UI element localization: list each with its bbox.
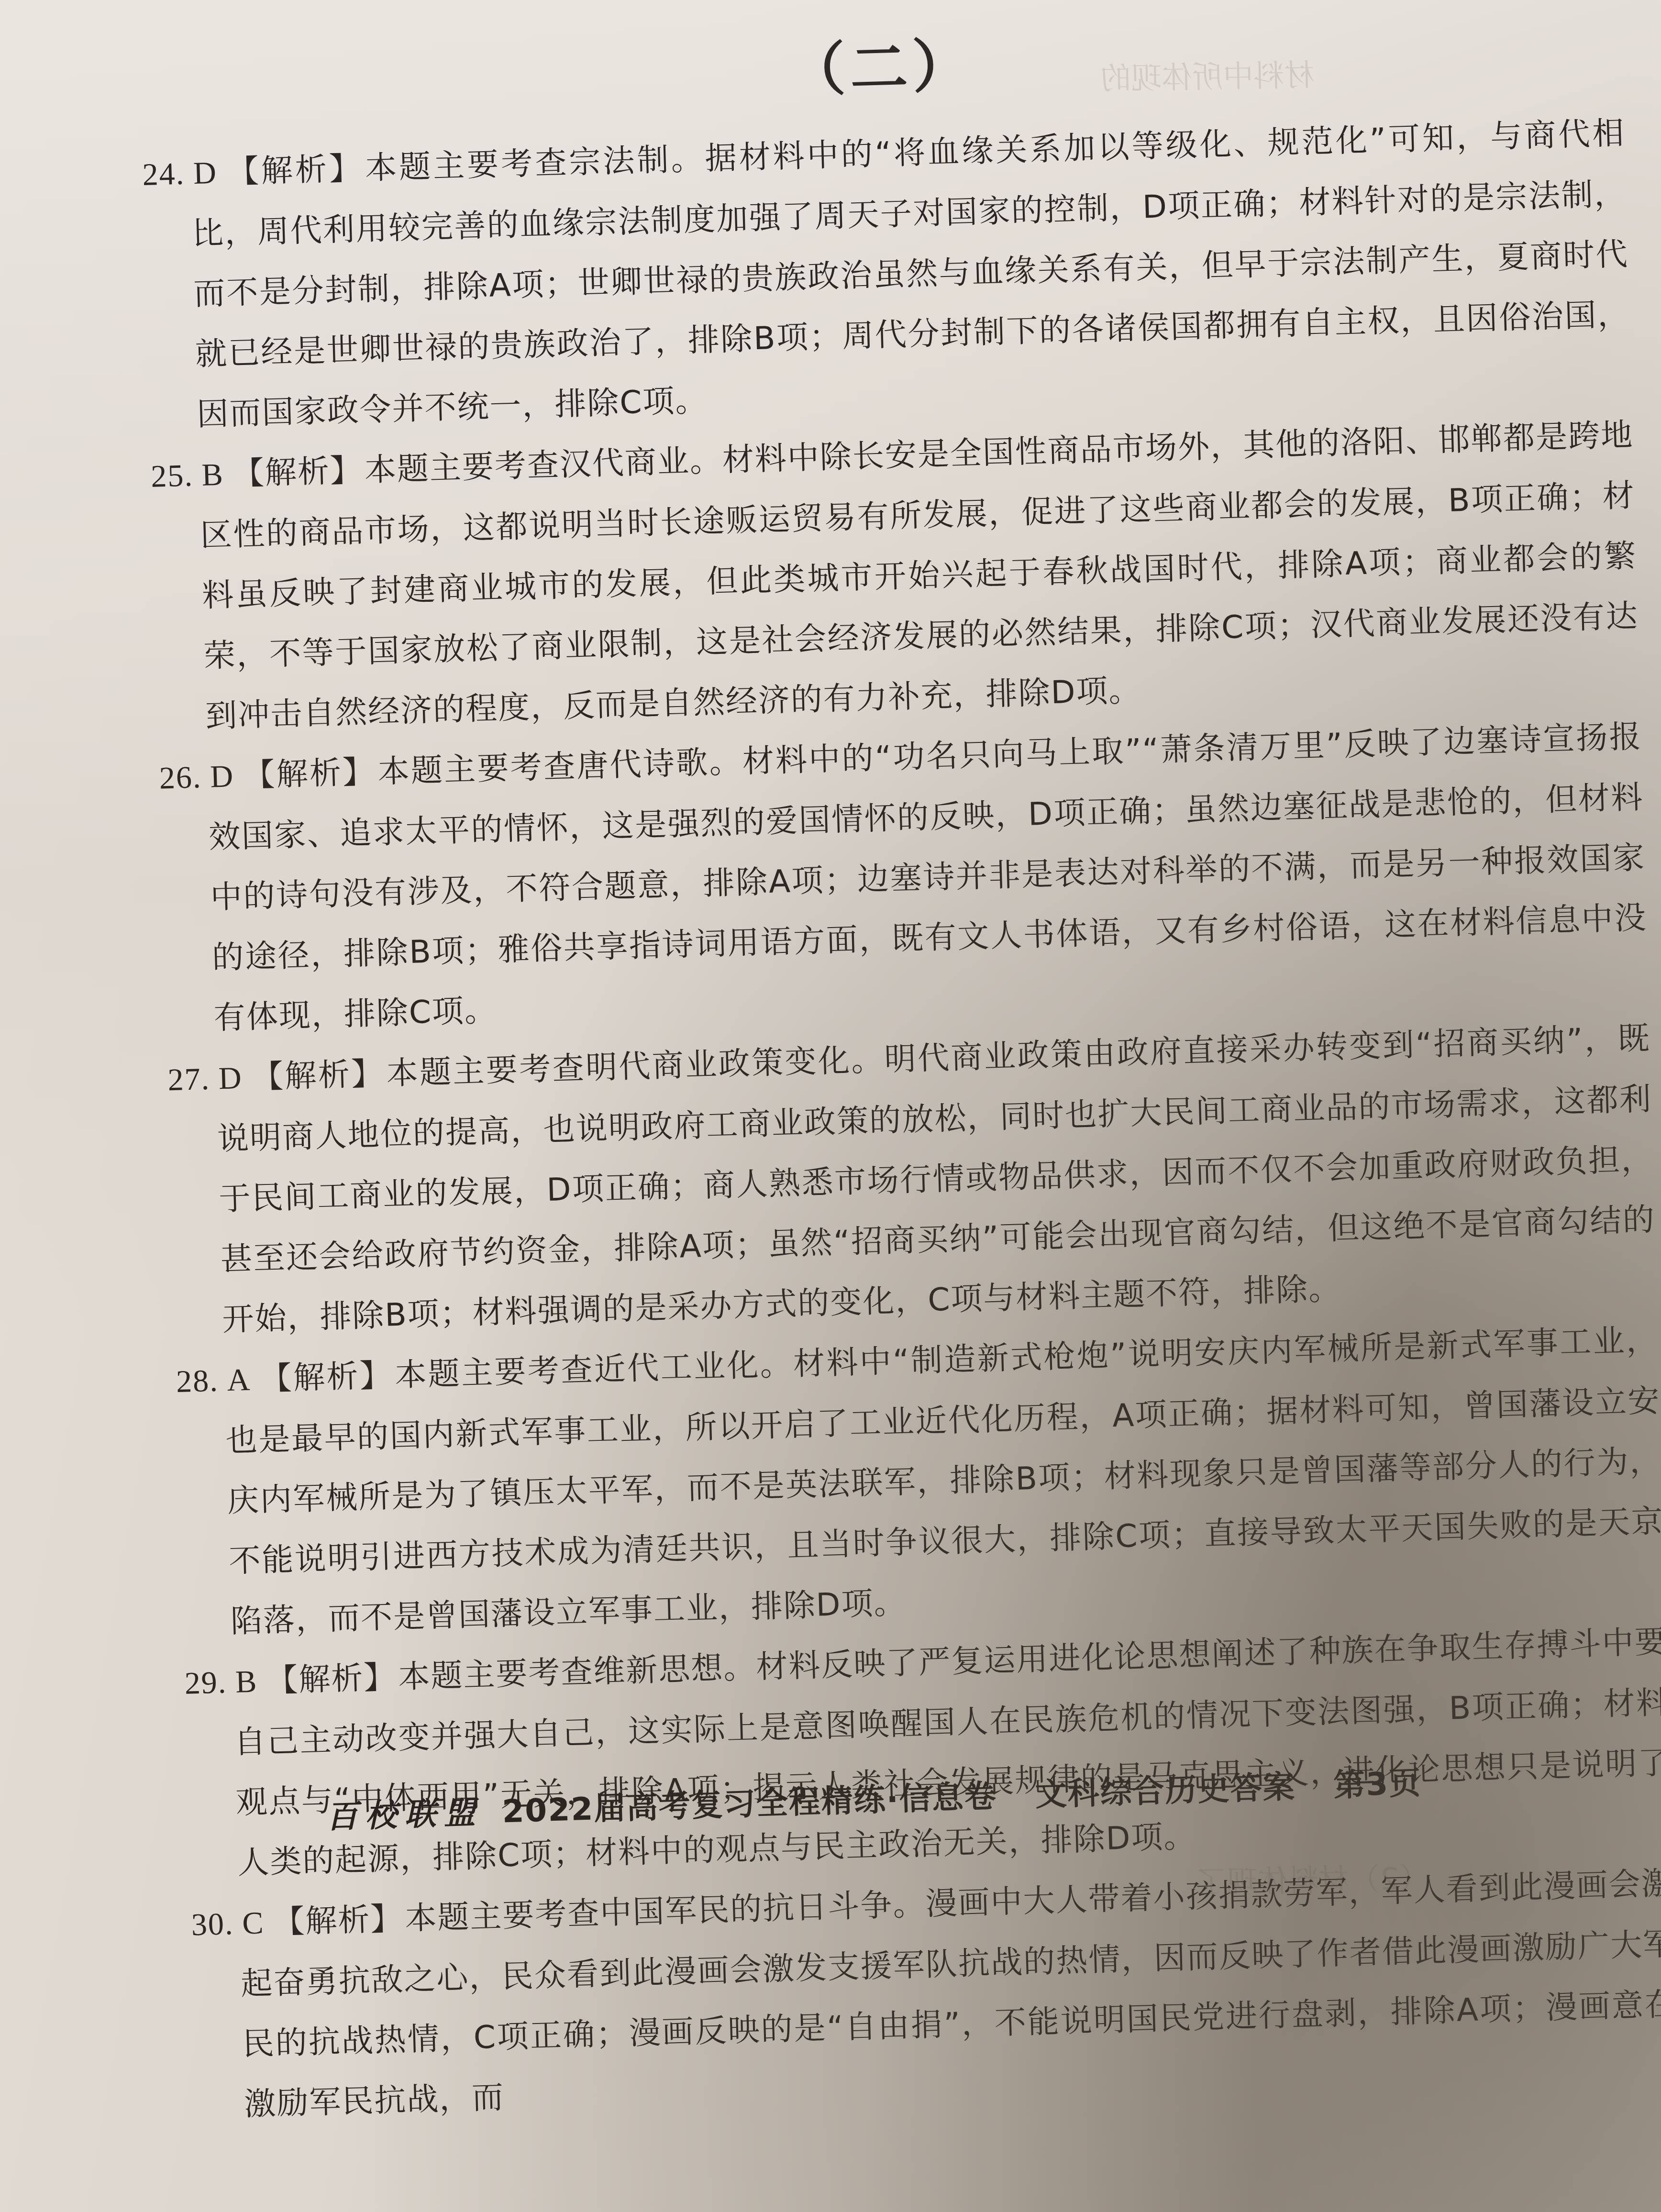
question-number: 28.: [176, 1363, 219, 1399]
section-title: （二）: [139, 1, 1624, 125]
page-number: 第3页: [1333, 1764, 1422, 1804]
answer-item-25: 25.B【解析】本题主要考查汉代商业。材料中除长安是全国性商品市场外，其他的洛阳…: [150, 405, 1641, 748]
answer-choice: B: [235, 1664, 258, 1699]
analysis-text: 本题主要考查中国军民的抗日斗争。漫画中大人带着小孩捐款劳军，军人看到此漫画会激起…: [240, 1865, 1661, 2123]
analysis-tag: 【解析】: [251, 1055, 385, 1096]
analysis-text: 本题主要考查唐代诗歌。材料中的“功名只向马上取”“萧条清万里”反映了边塞诗宣扬报…: [208, 718, 1647, 1037]
analysis-text: 本题主要考查明代商业政策变化。明代商业政策由政府直接采办转变到“招商买纳”，既说…: [217, 1020, 1656, 1338]
analysis-tag: 【解析】: [242, 753, 376, 794]
analysis-tag: 【解析】: [225, 150, 364, 190]
answer-item-24: 24.D【解析】本题主要考查宗法制。据材料中的“将血缘关系加以等级化、规范化”可…: [142, 103, 1632, 446]
answer-choice: B: [201, 457, 224, 492]
answer-item-30: 30.C【解析】本题主要考查中国军民的抗日斗争。漫画中大人带着小孩捐款劳军，军人…: [190, 1853, 1661, 2136]
answer-choice: D: [218, 1061, 243, 1096]
answer-item-27: 27.D【解析】本题主要考查明代商业政策变化。明代商业政策由政府直接采办转变到“…: [167, 1008, 1658, 1351]
question-number: 26.: [159, 760, 202, 796]
question-number: 29.: [184, 1665, 228, 1701]
answer-choice: C: [242, 1905, 265, 1941]
brand-logo-text: 百校联盟: [325, 1793, 483, 1836]
question-number: 25.: [150, 458, 194, 494]
answer-item-26: 26.D【解析】本题主要考查唐代诗歌。材料中的“功名只向马上取”“萧条清万里”反…: [158, 707, 1649, 1050]
answer-item-28: 28.A【解析】本题主要考查近代工业化。材料中“制造新式枪炮”说明安庆内军械所是…: [175, 1310, 1661, 1653]
document-page: 材料中所体现的 （2）材料体现了 （二） 24.D【解析】本题主要考查宗法制。据…: [0, 0, 1661, 2212]
answer-choice: A: [227, 1362, 252, 1398]
analysis-text: 本题主要考查维新思想。材料反映了严复运用进化论思想阐述了种族在争取生存搏斗中要自…: [233, 1623, 1661, 1881]
analysis-text: 本题主要考查宗法制。据材料中的“将血缘关系加以等级化、规范化”可知，与商代相比，…: [191, 114, 1630, 433]
analysis-text: 本题主要考查汉代商业。材料中除长安是全国性商品市场外，其他的洛阳、邯郸都是跨地区…: [200, 416, 1639, 735]
analysis-tag: 【解析】: [266, 1659, 397, 1699]
question-number: 24.: [142, 156, 186, 192]
analysis-text: 本题主要考查近代工业化。材料中“制造新式枪炮”说明安庆内军械所是新式军事工业，也…: [225, 1321, 1661, 1640]
question-number: 30.: [191, 1906, 234, 1942]
answer-item-29: 29.B【解析】本题主要考查维新思想。材料反映了严复运用进化论思想阐述了种族在争…: [184, 1612, 1661, 1894]
analysis-tag: 【解析】: [259, 1357, 393, 1397]
answer-choice: D: [193, 155, 218, 191]
answer-choice: D: [210, 759, 234, 794]
analysis-tag: 【解析】: [272, 1900, 403, 1941]
analysis-tag: 【解析】: [232, 452, 363, 492]
footer-subject: 文科综合历史答案: [1035, 1768, 1296, 1813]
question-number: 27.: [167, 1062, 211, 1097]
